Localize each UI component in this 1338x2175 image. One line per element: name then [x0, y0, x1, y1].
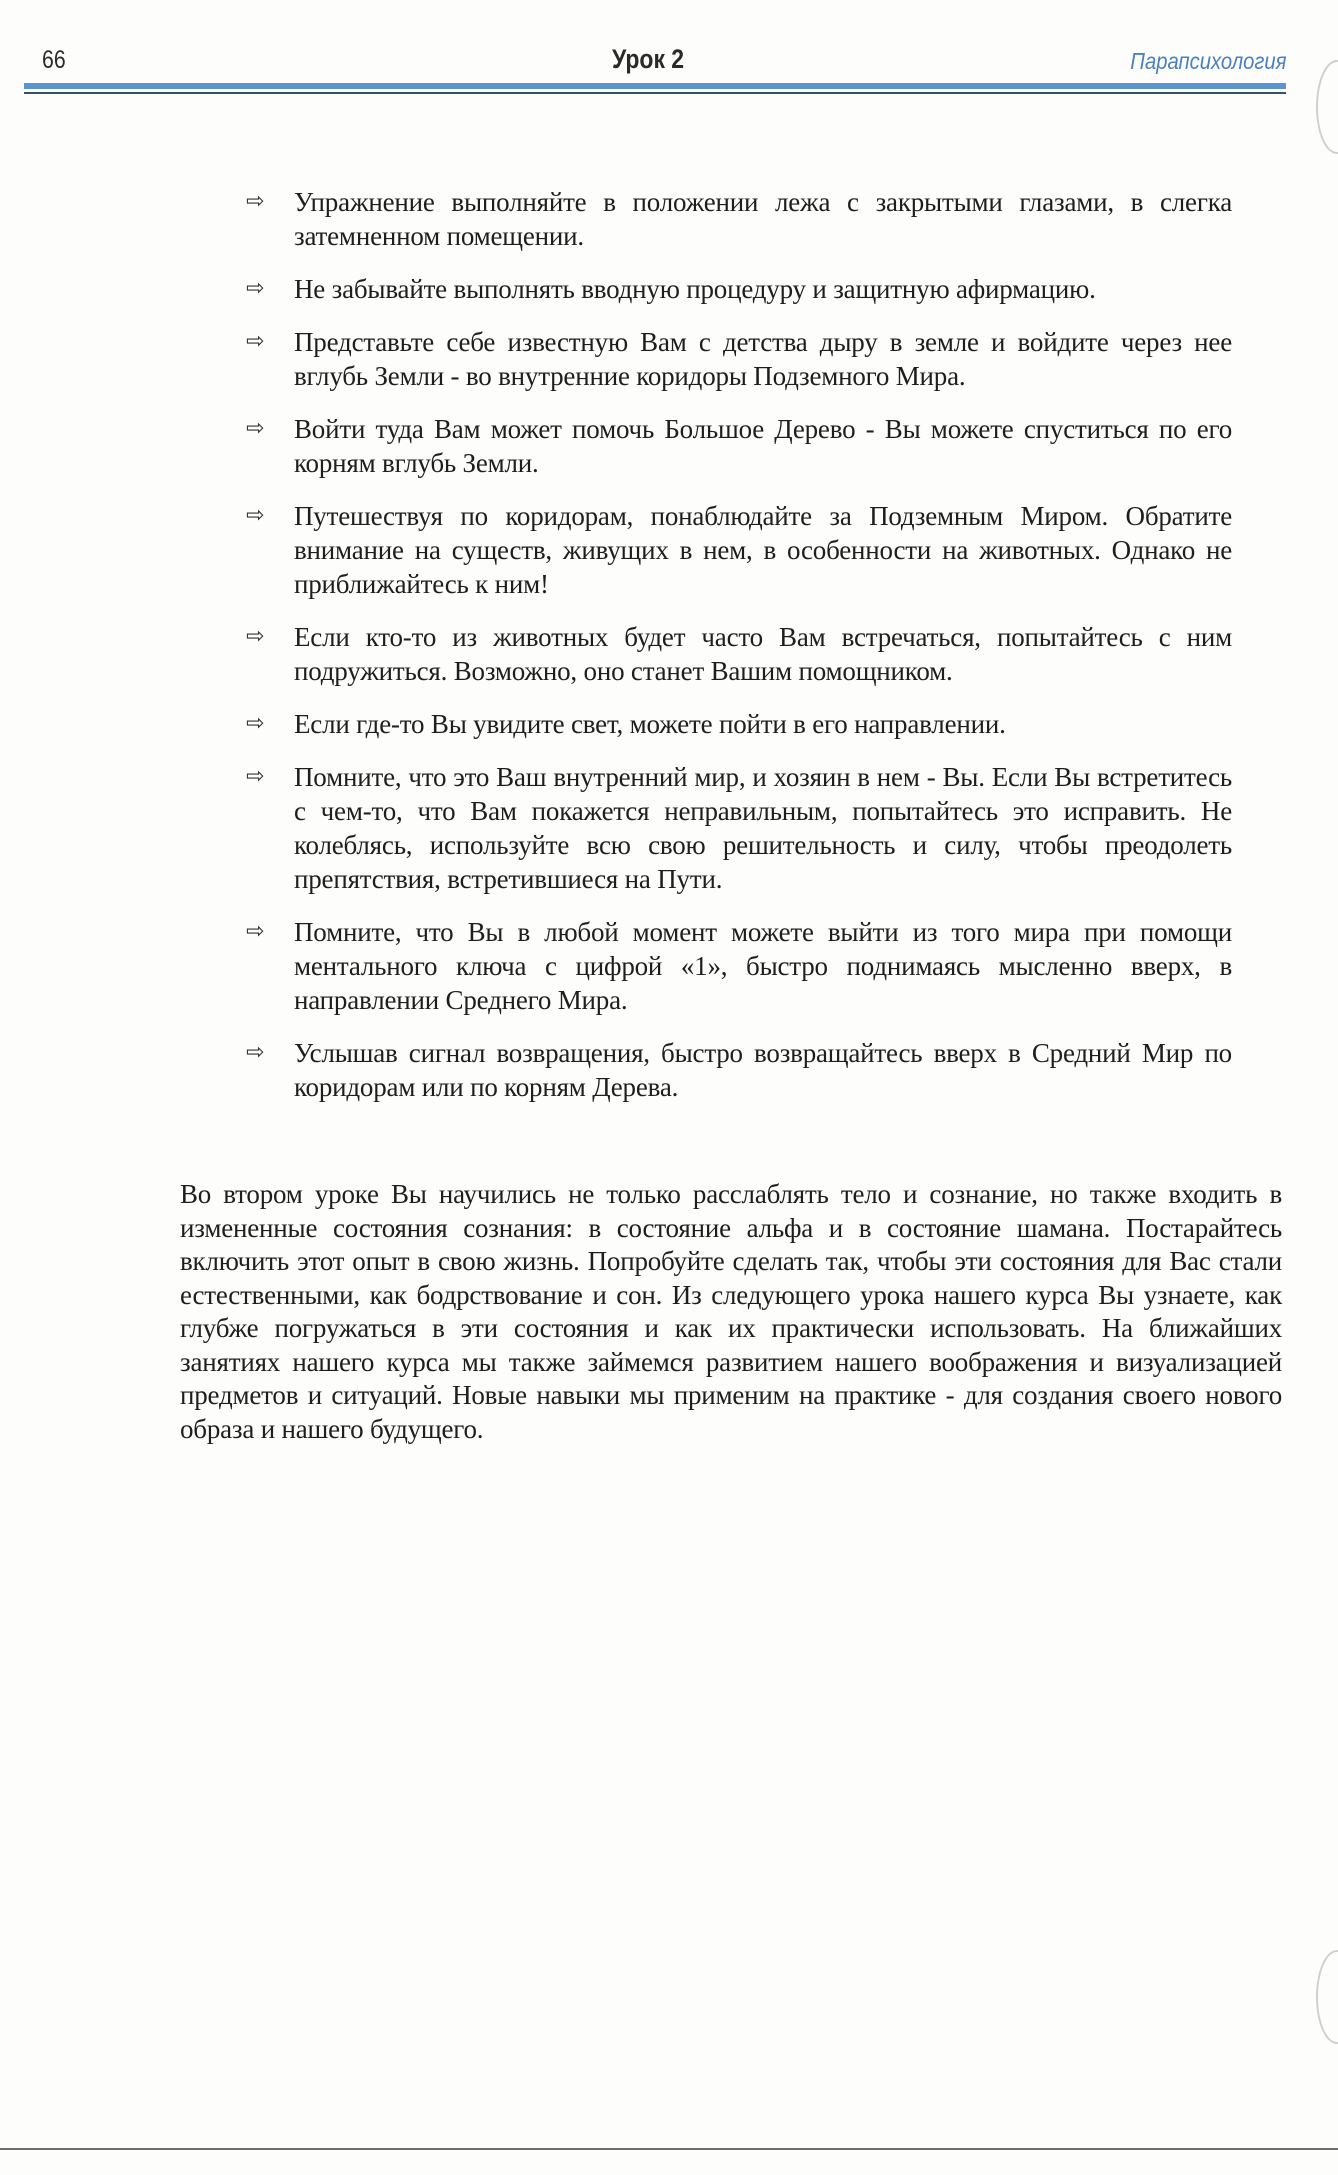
list-item-text: Если где-то Вы увидите свет, можете пойт… — [294, 709, 1006, 739]
arrow-right-icon: ⇨ — [246, 620, 280, 654]
arrow-right-icon: ⇨ — [246, 325, 280, 359]
arrow-right-icon: ⇨ — [246, 760, 280, 794]
arrow-right-icon: ⇨ — [246, 915, 280, 949]
list-item-text: Не забывайте выполнять вводную процедуру… — [294, 274, 1096, 304]
list-item: ⇨Если где-то Вы увидите свет, можете пой… — [246, 707, 1232, 741]
list-item-text: Путешествуя по коридорам, понаблюдайте з… — [294, 501, 1232, 599]
list-item: ⇨Помните, что это Ваш внутренний мир, и … — [246, 760, 1232, 896]
list-item-text: Упражнение выполняйте в положении лежа с… — [294, 187, 1232, 251]
page-number: 66 — [42, 46, 66, 75]
arrow-right-icon: ⇨ — [246, 185, 280, 219]
list-item-text: Если кто-то из животных будет часто Вам … — [294, 622, 1232, 686]
arrow-right-icon: ⇨ — [246, 1036, 280, 1070]
header-rule-dark — [24, 92, 1286, 94]
list-item: ⇨Войти туда Вам может помочь Большое Дер… — [246, 412, 1232, 480]
list-item: ⇨Если кто-то из животных будет часто Вам… — [246, 620, 1232, 688]
page-edge-mark — [1316, 1950, 1338, 2044]
list-item: ⇨Услышав сигнал возвращения, быстро возв… — [246, 1036, 1232, 1104]
list-item: ⇨Не забывайте выполнять вводную процедур… — [246, 272, 1232, 306]
list-item: ⇨Упражнение выполняйте в положении лежа … — [246, 185, 1232, 253]
summary-paragraph: Во втором уроке Вы научились не только р… — [180, 1178, 1282, 1446]
list-item-text: Услышав сигнал возвращения, быстро возвр… — [294, 1038, 1232, 1102]
arrow-right-icon: ⇨ — [246, 412, 280, 446]
list-item: ⇨Представьте себе известную Вам с детств… — [246, 325, 1232, 393]
arrow-right-icon: ⇨ — [246, 272, 280, 306]
header-rule-blue — [24, 83, 1286, 89]
page-header: 66 Урок 2 Парапсихология — [0, 0, 1338, 100]
list-item-text: Помните, что Вы в любой момент можете вы… — [294, 917, 1232, 1015]
list-item: ⇨Путешествуя по коридорам, понаблюдайте … — [246, 499, 1232, 601]
list-item-text: Войти туда Вам может помочь Большое Дере… — [294, 414, 1232, 478]
list-item: ⇨Помните, что Вы в любой момент можете в… — [246, 915, 1232, 1017]
page-bottom-edge — [0, 2148, 1338, 2150]
arrow-right-icon: ⇨ — [246, 707, 280, 741]
section-name: Парапсихология — [1130, 48, 1286, 75]
list-item-text: Помните, что это Ваш внутренний мир, и х… — [294, 762, 1232, 894]
list-item-text: Представьте себе известную Вам с детства… — [294, 327, 1232, 391]
lesson-title: Урок 2 — [612, 44, 684, 75]
arrow-right-icon: ⇨ — [246, 499, 280, 533]
instruction-list: ⇨Упражнение выполняйте в положении лежа … — [246, 185, 1232, 1123]
